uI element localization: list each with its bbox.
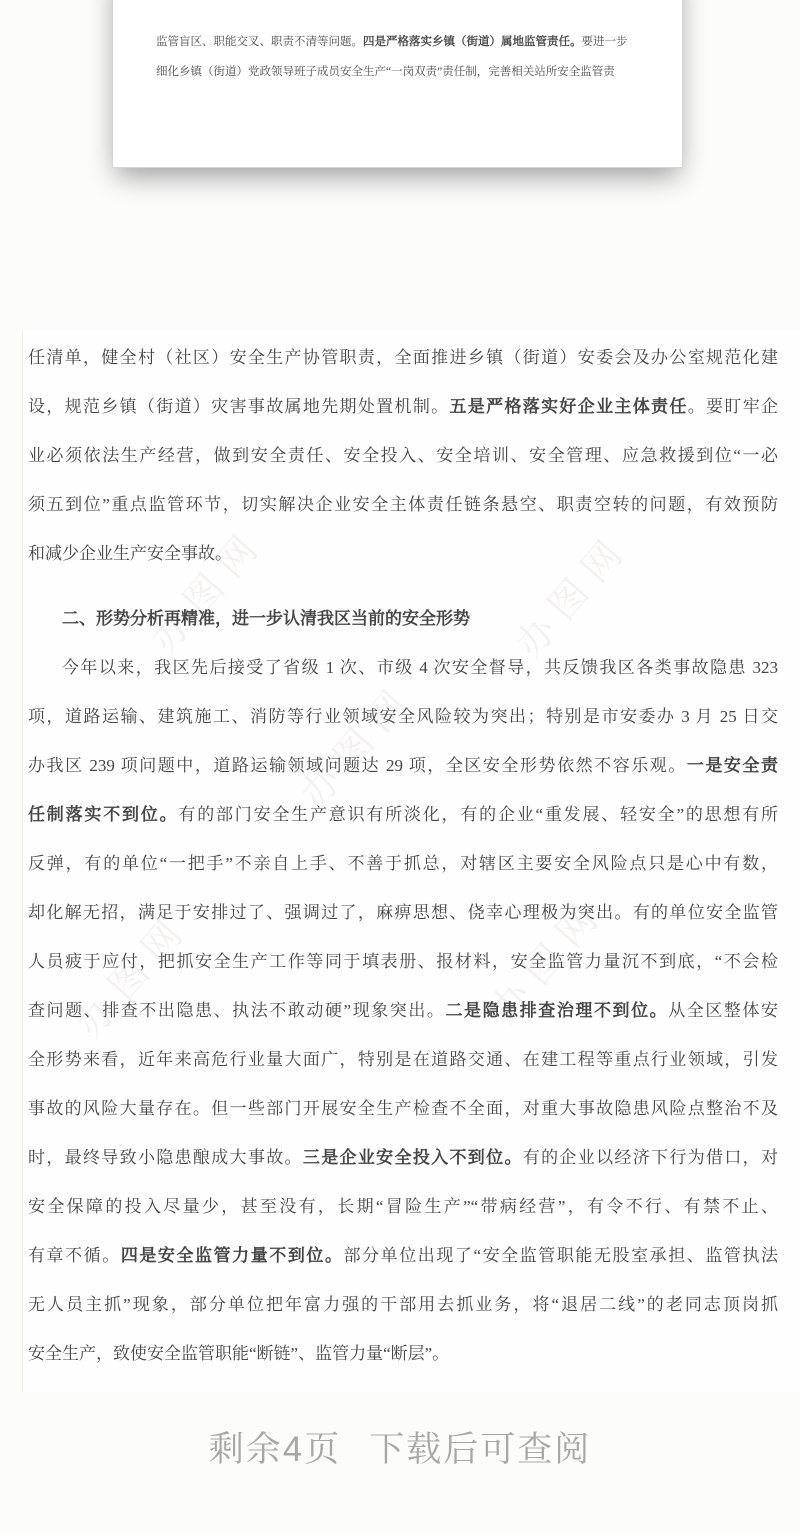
text-segment: 任制落实不到位。 xyxy=(28,805,178,824)
text-segment: 三是企业安全投入不到位。 xyxy=(303,1148,523,1167)
text-segment: 。要盯牢企 xyxy=(688,397,778,416)
text-line: 业必须依法生产经营，做到安全责任、安全投入、安全培训、安全管理、应急救援到位“一… xyxy=(28,443,778,492)
text-line: 反弹，有的单位“一把手”不亲自上手、不善于抓总，对辖区主要安全风险点只是心中有数… xyxy=(28,851,778,900)
text-segment: 项，道路运输、建筑施工、消防等行业领域安全风险较为突出；特别是市安委办 3 月 … xyxy=(28,707,778,726)
text-line: 任清单，健全村（社区）安全生产协管职责，全面推进乡镇（街道）安委会及办公室规范化… xyxy=(28,345,778,394)
text-segment: 有的部门安全生产意识有所淡化，有的企业“重发展、轻安全”的思想有所 xyxy=(178,805,778,824)
text-line: 项，道路运输、建筑施工、消防等行业领域安全风险较为突出；特别是市安委办 3 月 … xyxy=(28,704,778,753)
text-segment: 须五到位”重点监管环节，切实解决企业安全主体责任链条悬空、职责空转的问题，有效预… xyxy=(28,495,778,514)
text-segment: 从全区整体安 xyxy=(668,1001,778,1020)
document-text: 任清单，健全村（社区）安全生产协管职责，全面推进乡镇（街道）安委会及办公室规范化… xyxy=(28,345,778,1390)
text-line: 无人员主抓”现象，部分单位把年富力强的干部用去抓业务，将“退居二线”的老同志顶岗… xyxy=(28,1292,778,1341)
text-segment: 细化乡镇（街道）党政领导班子成员安全生产“一岗双责”责任制，完善相关站所安全监管… xyxy=(156,66,615,78)
text-line: 任制落实不到位。有的部门安全生产意识有所淡化，有的企业“重发展、轻安全”的思想有… xyxy=(28,802,778,851)
text-segment: 二是隐患排查治理不到位。 xyxy=(445,1001,668,1020)
text-segment: 业必须依法生产经营，做到安全责任、安全投入、安全培训、安全管理、应急救援到位“一… xyxy=(28,446,778,465)
text-line: 查问题、排查不出隐患、执法不敢动硬”现象突出。二是隐患排查治理不到位。从全区整体… xyxy=(28,998,778,1047)
text-segment: 部分单位出现了“安全监管职能无股室承担、监管执法 xyxy=(344,1246,778,1265)
text-line: 安全生产，致使安全监管职能“断链”、监管力量“断层”。 xyxy=(28,1341,778,1390)
text-segment: 五是严格落实好企业主体责任 xyxy=(449,397,687,416)
pages-remaining-label: 剩余4页 xyxy=(209,1422,341,1472)
download-hint-label[interactable]: 下载后可查阅 xyxy=(369,1422,591,1472)
text-line: 有章不循。四是安全监管力量不到位。部分单位出现了“安全监管职能无股室承担、监管执… xyxy=(28,1243,778,1292)
text-segment: 却化解无招，满足于安排过了、强调过了，麻痹思想、侥幸心理极为突出。有的单位安全监… xyxy=(28,903,778,922)
text-line: 全形势来看，近年来高危行业量大面广，特别是在道路交通、在建工程等重点行业领域，引… xyxy=(28,1047,778,1096)
section-heading-line: 二、形势分析再精准，进一步认清我区当前的安全形势 xyxy=(28,606,778,655)
text-segment: 二、形势分析再精准，进一步认清我区当前的安全形势 xyxy=(62,609,470,628)
text-line: 事故的风险大量存在。但一些部门开展安全生产检查不全面，对重大事故隐患风险点整治不… xyxy=(28,1096,778,1145)
text-segment: 有的企业以经济下行为借口，对 xyxy=(523,1148,778,1167)
text-segment: 反弹，有的单位“一把手”不亲自上手、不善于抓总，对辖区主要安全风险点只是心中有数… xyxy=(28,854,778,873)
text-segment: 四是安全监管力量不到位。 xyxy=(121,1246,344,1265)
text-segment: 全形势来看，近年来高危行业量大面广，特别是在道路交通、在建工程等重点行业领域，引… xyxy=(28,1050,778,1069)
text-segment: 有章不循。 xyxy=(28,1246,121,1265)
text-segment: 查问题、排查不出隐患、执法不敢动硬”现象突出。 xyxy=(28,1001,445,1020)
text-segment: 一是安全责 xyxy=(687,756,778,775)
text-line: 和减少企业生产安全事故。 xyxy=(28,541,778,590)
preview-footer[interactable]: 剩余4页 下载后可查阅 xyxy=(0,1422,800,1472)
document-preview-stage: 监管盲区、职能交叉、职责不清等问题。四是严格落实乡镇（街道）属地监管责任。要进一… xyxy=(0,0,800,1535)
text-segment: 今年以来，我区先后接受了省级 1 次、市级 4 次安全督导，共反馈我区各类事故隐… xyxy=(62,658,778,677)
previous-page-text: 监管盲区、职能交叉、职责不清等问题。四是严格落实乡镇（街道）属地监管责任。要进一… xyxy=(156,34,646,94)
text-line: 设，规范乡镇（街道）灾害事故属地先期处置机制。五是严格落实好企业主体责任。要盯牢… xyxy=(28,394,778,443)
previous-page-card: 监管盲区、职能交叉、职责不清等问题。四是严格落实乡镇（街道）属地监管责任。要进一… xyxy=(112,0,683,168)
text-line: 人员疲于应付，把抓安全生产工作等同于填表册、报材料，安全监管力量沉不到底，“不会… xyxy=(28,949,778,998)
text-segment: 要进一步 xyxy=(582,36,628,48)
text-segment: 时，最终导致小隐患酿成大事故。 xyxy=(28,1148,303,1167)
text-segment: 设，规范乡镇（街道）灾害事故属地先期处置机制。 xyxy=(28,397,449,416)
text-segment: 无人员主抓”现象，部分单位把年富力强的干部用去抓业务，将“退居二线”的老同志顶岗… xyxy=(28,1295,778,1314)
text-line: 须五到位”重点监管环节，切实解决企业安全主体责任链条悬空、职责空转的问题，有效预… xyxy=(28,492,778,541)
text-segment: 安全保障的投入尽量少，甚至没有，长期“冒险生产”“带病经营”，有令不行、有禁不止… xyxy=(28,1197,778,1216)
text-line: 今年以来，我区先后接受了省级 1 次、市级 4 次安全督导，共反馈我区各类事故隐… xyxy=(28,655,778,704)
text-segment: 任清单，健全村（社区）安全生产协管职责，全面推进乡镇（街道）安委会及办公室规范化… xyxy=(28,348,778,367)
text-segment: 事故的风险大量存在。但一些部门开展安全生产检查不全面，对重大事故隐患风险点整治不… xyxy=(28,1099,778,1118)
text-line: 监管盲区、职能交叉、职责不清等问题。四是严格落实乡镇（街道）属地监管责任。要进一… xyxy=(156,34,646,64)
text-segment: 四是严格落实乡镇（街道）属地监管责任。 xyxy=(363,36,582,48)
text-line: 办我区 239 项问题中，道路运输领域问题达 29 项，全区安全形势依然不容乐观… xyxy=(28,753,778,802)
text-segment: 人员疲于应付，把抓安全生产工作等同于填表册、报材料，安全监管力量沉不到底，“不会… xyxy=(28,952,778,971)
text-segment: 和减少企业生产安全事故。 xyxy=(28,544,232,563)
text-segment: 办我区 239 项问题中，道路运输领域问题达 29 项，全区安全形势依然不容乐观… xyxy=(28,756,687,775)
text-line: 安全保障的投入尽量少，甚至没有，长期“冒险生产”“带病经营”，有令不行、有禁不止… xyxy=(28,1194,778,1243)
text-line: 时，最终导致小隐患酿成大事故。三是企业安全投入不到位。有的企业以经济下行为借口，… xyxy=(28,1145,778,1194)
text-line: 却化解无招，满足于安排过了、强调过了，麻痹思想、侥幸心理极为突出。有的单位安全监… xyxy=(28,900,778,949)
text-segment: 安全生产，致使安全监管职能“断链”、监管力量“断层”。 xyxy=(28,1344,449,1363)
text-line: 细化乡镇（街道）党政领导班子成员安全生产“一岗双责”责任制，完善相关站所安全监管… xyxy=(156,64,646,94)
text-segment: 监管盲区、职能交叉、职责不清等问题。 xyxy=(156,36,363,48)
